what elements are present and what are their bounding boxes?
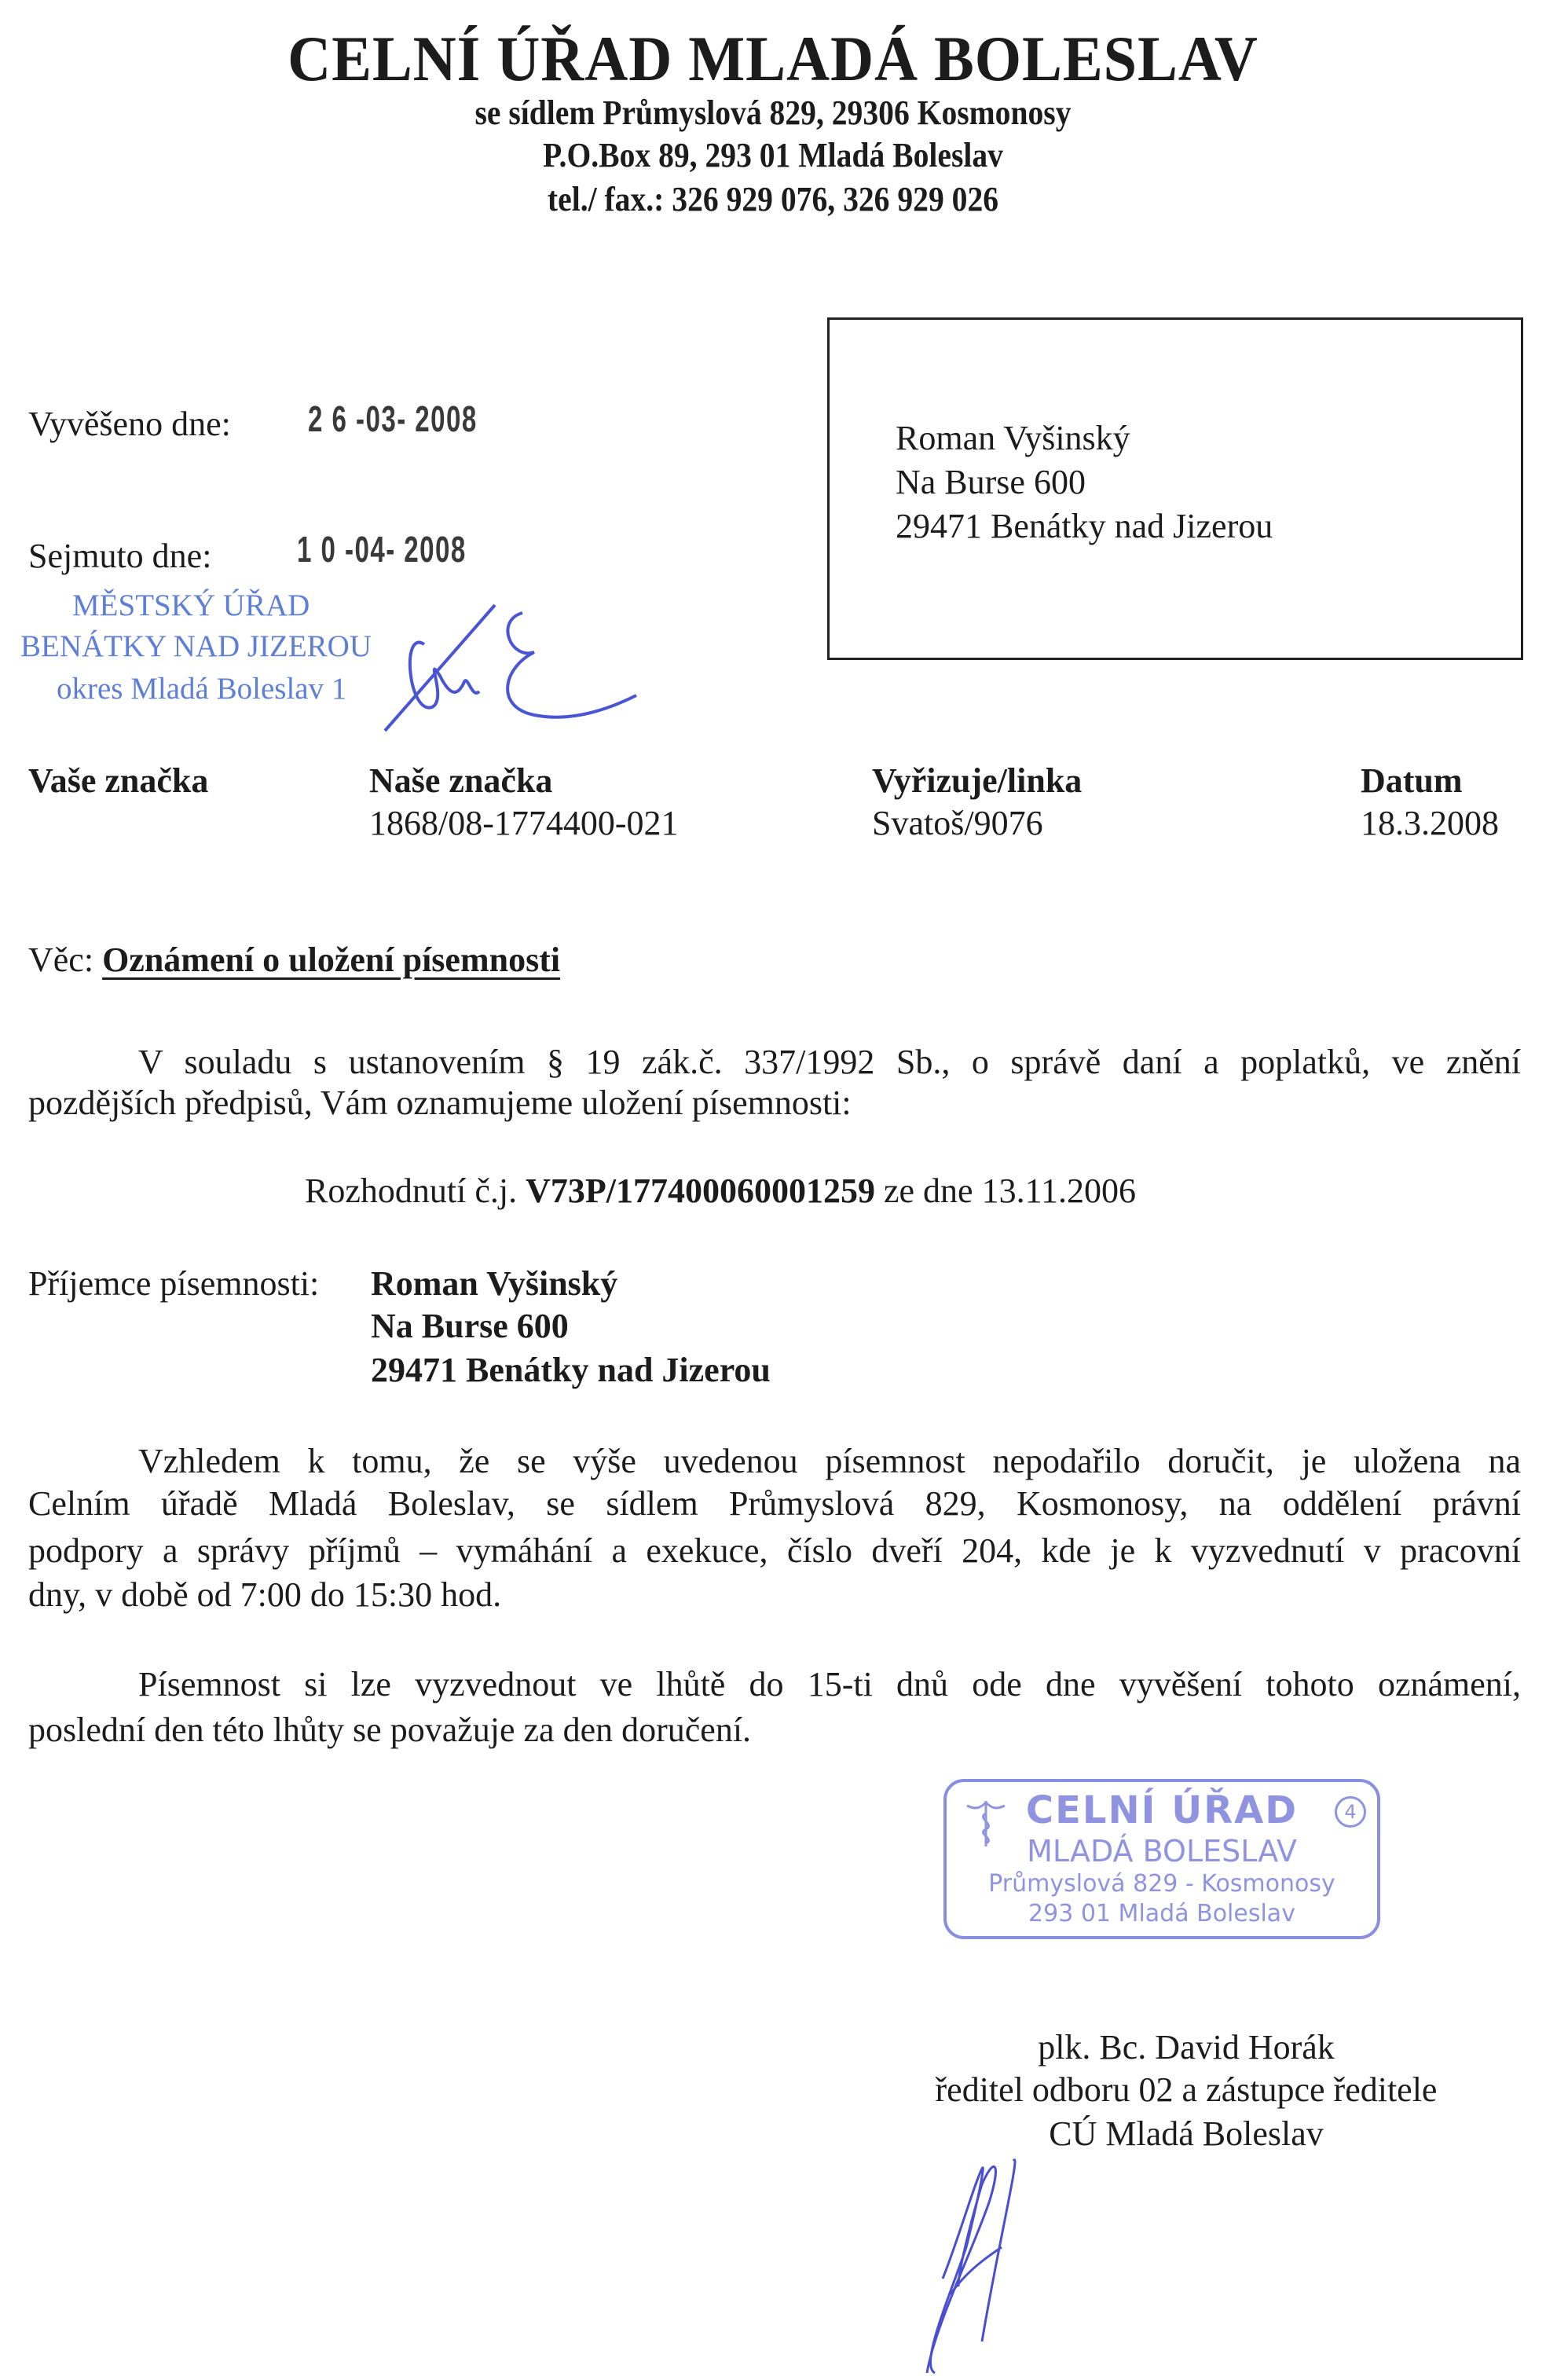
ref-header-handler: Vyřizuje/linka [872, 761, 1082, 801]
decision-number: V73P/177400060001259 [526, 1172, 875, 1210]
body-paragraph-3-line: Písemnost si lze vyzvednout ve lhůtě do … [28, 1664, 1521, 1704]
recipient-city: 29471 Benátky nad Jizerou [896, 506, 1273, 546]
signatory-office: CÚ Mladá Boleslav [856, 2114, 1516, 2154]
addressee-street: Na Burse 600 [371, 1306, 569, 1346]
letterhead-phone: tel./ fax.: 326 929 076, 326 929 026 [77, 179, 1468, 219]
customs-stamp-title: CELNÍ ÚŘAD [947, 1788, 1377, 1832]
addressee-city: 29471 Benátky nad Jizerou [371, 1350, 771, 1390]
ref-header-our-ref: Naše značka [369, 761, 552, 801]
customs-stamp-line: Průmyslová 829 - Kosmonosy [947, 1870, 1377, 1898]
ref-value-handler: Svatoš/9076 [872, 803, 1043, 843]
subject-label: Věc: [28, 941, 93, 979]
ref-value-our-ref: 1868/08-1774400-021 [369, 803, 679, 843]
ref-header-your-ref: Vaše značka [28, 761, 208, 801]
director-signature-icon [903, 2153, 1061, 2380]
decision-reference: Rozhodnutí č.j. V73P/177400060001259 ze … [305, 1171, 1136, 1211]
customs-stamp-line: MLADÁ BOLESLAV [947, 1834, 1377, 1868]
body-paragraph-2-line: podpory a správy příjmů – vymáhání a exe… [28, 1531, 1521, 1571]
customs-stamp-line: 293 01 Mladá Boleslav [947, 1900, 1377, 1927]
body-paragraph-1-line-1: V souladu s ustanovením § 19 zák.č. 337/… [28, 1042, 1521, 1082]
letterhead-pobox: P.O.Box 89, 293 01 Mladá Boleslav [77, 135, 1468, 175]
body-paragraph-3-line: poslední den této lhůty se považuje za d… [28, 1710, 1521, 1750]
body-paragraph-2-line: dny, v době od 7:00 do 15:30 hod. [28, 1575, 1521, 1615]
municipal-signature-icon [377, 597, 644, 739]
addressee-name: Roman Vyšinský [371, 1263, 617, 1304]
letterhead-address: se sídlem Průmyslová 829, 29306 Kosmonos… [77, 93, 1468, 133]
customs-office-stamp: CELNÍ ÚŘAD 4 MLADÁ BOLESLAV Průmyslová 8… [943, 1779, 1380, 1939]
removed-date: 1 0 -04- 2008 [297, 528, 467, 570]
recipient-street: Na Burse 600 [896, 462, 1086, 502]
municipal-stamp-line: MĚSTSKÝ ÚŘAD [72, 588, 310, 623]
recipient-name: Roman Vyšinský [896, 418, 1130, 458]
body-paragraph-1-line-2: pozdějších předpisů, Vám oznamujeme ulož… [28, 1083, 1521, 1123]
addressee-label: Příjemce písemnosti: [28, 1263, 319, 1304]
body-paragraph-2-line: Celním úřadě Mladá Boleslav, se sídlem P… [28, 1483, 1521, 1524]
signatory-role: ředitel odboru 02 a zástupce ředitele [856, 2070, 1516, 2110]
subject-text: Oznámení o uložení písemnosti [102, 941, 560, 979]
municipal-stamp-line: okres Mladá Boleslav 1 [57, 671, 346, 706]
decision-prefix: Rozhodnutí č.j. [305, 1172, 517, 1210]
posted-label: Vyvěšeno dne: [28, 404, 231, 444]
removed-label: Sejmuto dne: [28, 536, 211, 576]
ref-value-date: 18.3.2008 [1361, 803, 1499, 843]
customs-stamp-number: 4 [1335, 1796, 1366, 1828]
letterhead-title: CELNÍ ÚŘAD MLADÁ BOLESLAV [54, 22, 1492, 96]
subject: Věc: Oznámení o uložení písemnosti [28, 940, 560, 980]
posted-date: 2 6 -03- 2008 [308, 398, 478, 440]
decision-suffix: ze dne 13.11.2006 [884, 1172, 1136, 1210]
body-paragraph-2-line: Vzhledem k tomu, že se výše uvedenou pís… [28, 1441, 1521, 1481]
municipal-stamp-line: BENÁTKY NAD JIZEROU [20, 629, 372, 664]
signatory-name: plk. Bc. David Horák [856, 2027, 1516, 2067]
ref-header-date: Datum [1361, 761, 1463, 801]
